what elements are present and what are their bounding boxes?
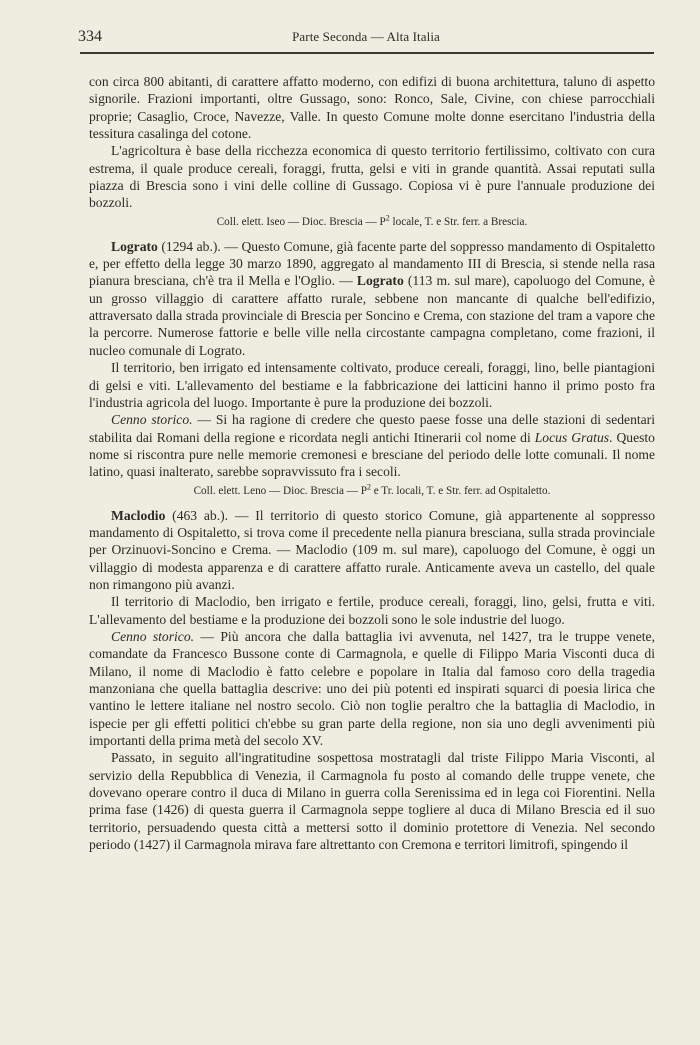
entry-title-maclodio: Maclodio — [111, 508, 165, 523]
paragraph-lograto-history: Cenno storico. — Si ha ragione di creder… — [89, 411, 655, 480]
history-text: — Più ancora che dalla battaglia ivi avv… — [89, 629, 655, 748]
entry-title-lograto: Lograto — [111, 239, 158, 254]
electoral-info-gussago: Coll. elett. Iseo — Dioc. Brescia — P2 l… — [89, 215, 655, 230]
paragraph-gussago-agriculture: L'agricoltura è base della ricchezza eco… — [89, 142, 655, 211]
cenno-storico-label: Cenno storico. — [111, 629, 194, 644]
electoral-info-text: locale, T. e Str. ferr. a Brescia. — [390, 216, 528, 228]
entry-maclodio: Maclodio (463 ab.). — Il territorio di q… — [89, 507, 655, 594]
paragraph-maclodio-territory: Il territorio di Maclodio, ben irrigato … — [89, 593, 655, 628]
electoral-info-text: e Tr. locali, T. e Str. ferr. ad Ospital… — [371, 485, 551, 497]
cenno-storico-label: Cenno storico. — [111, 412, 193, 427]
latin-name: Locus Gratus — [535, 430, 609, 445]
electoral-info-text: Coll. elett. Iseo — Dioc. Brescia — P — [217, 216, 386, 228]
entry-lograto: Lograto (1294 ab.). — Questo Comune, già… — [89, 238, 655, 359]
paragraph-gussago-continued: con circa 800 abitanti, di carattere aff… — [89, 73, 655, 142]
book-page: 334 Parte Seconda — Alta Italia con circ… — [0, 0, 700, 1045]
header-rule — [80, 52, 654, 54]
place-name-lograto: Lograto — [357, 273, 404, 288]
entry-text: (463 ab.). — Il territorio di questo sto… — [89, 508, 655, 592]
paragraph-lograto-territory: Il territorio, ben irrigato ed intensame… — [89, 359, 655, 411]
paragraph-maclodio-history: Cenno storico. — Più ancora che dalla ba… — [89, 628, 655, 749]
paragraph-carmagnola: Passato, in seguito all'ingratitudine so… — [89, 749, 655, 853]
running-title: Parte Seconda — Alta Italia — [78, 29, 654, 45]
electoral-info-lograto: Coll. elett. Leno — Dioc. Brescia — P2 e… — [89, 484, 655, 499]
page-body: con circa 800 abitanti, di carattere aff… — [89, 73, 655, 853]
electoral-info-text: Coll. elett. Leno — Dioc. Brescia — P — [194, 485, 367, 497]
page-header: 334 Parte Seconda — Alta Italia — [78, 26, 654, 50]
